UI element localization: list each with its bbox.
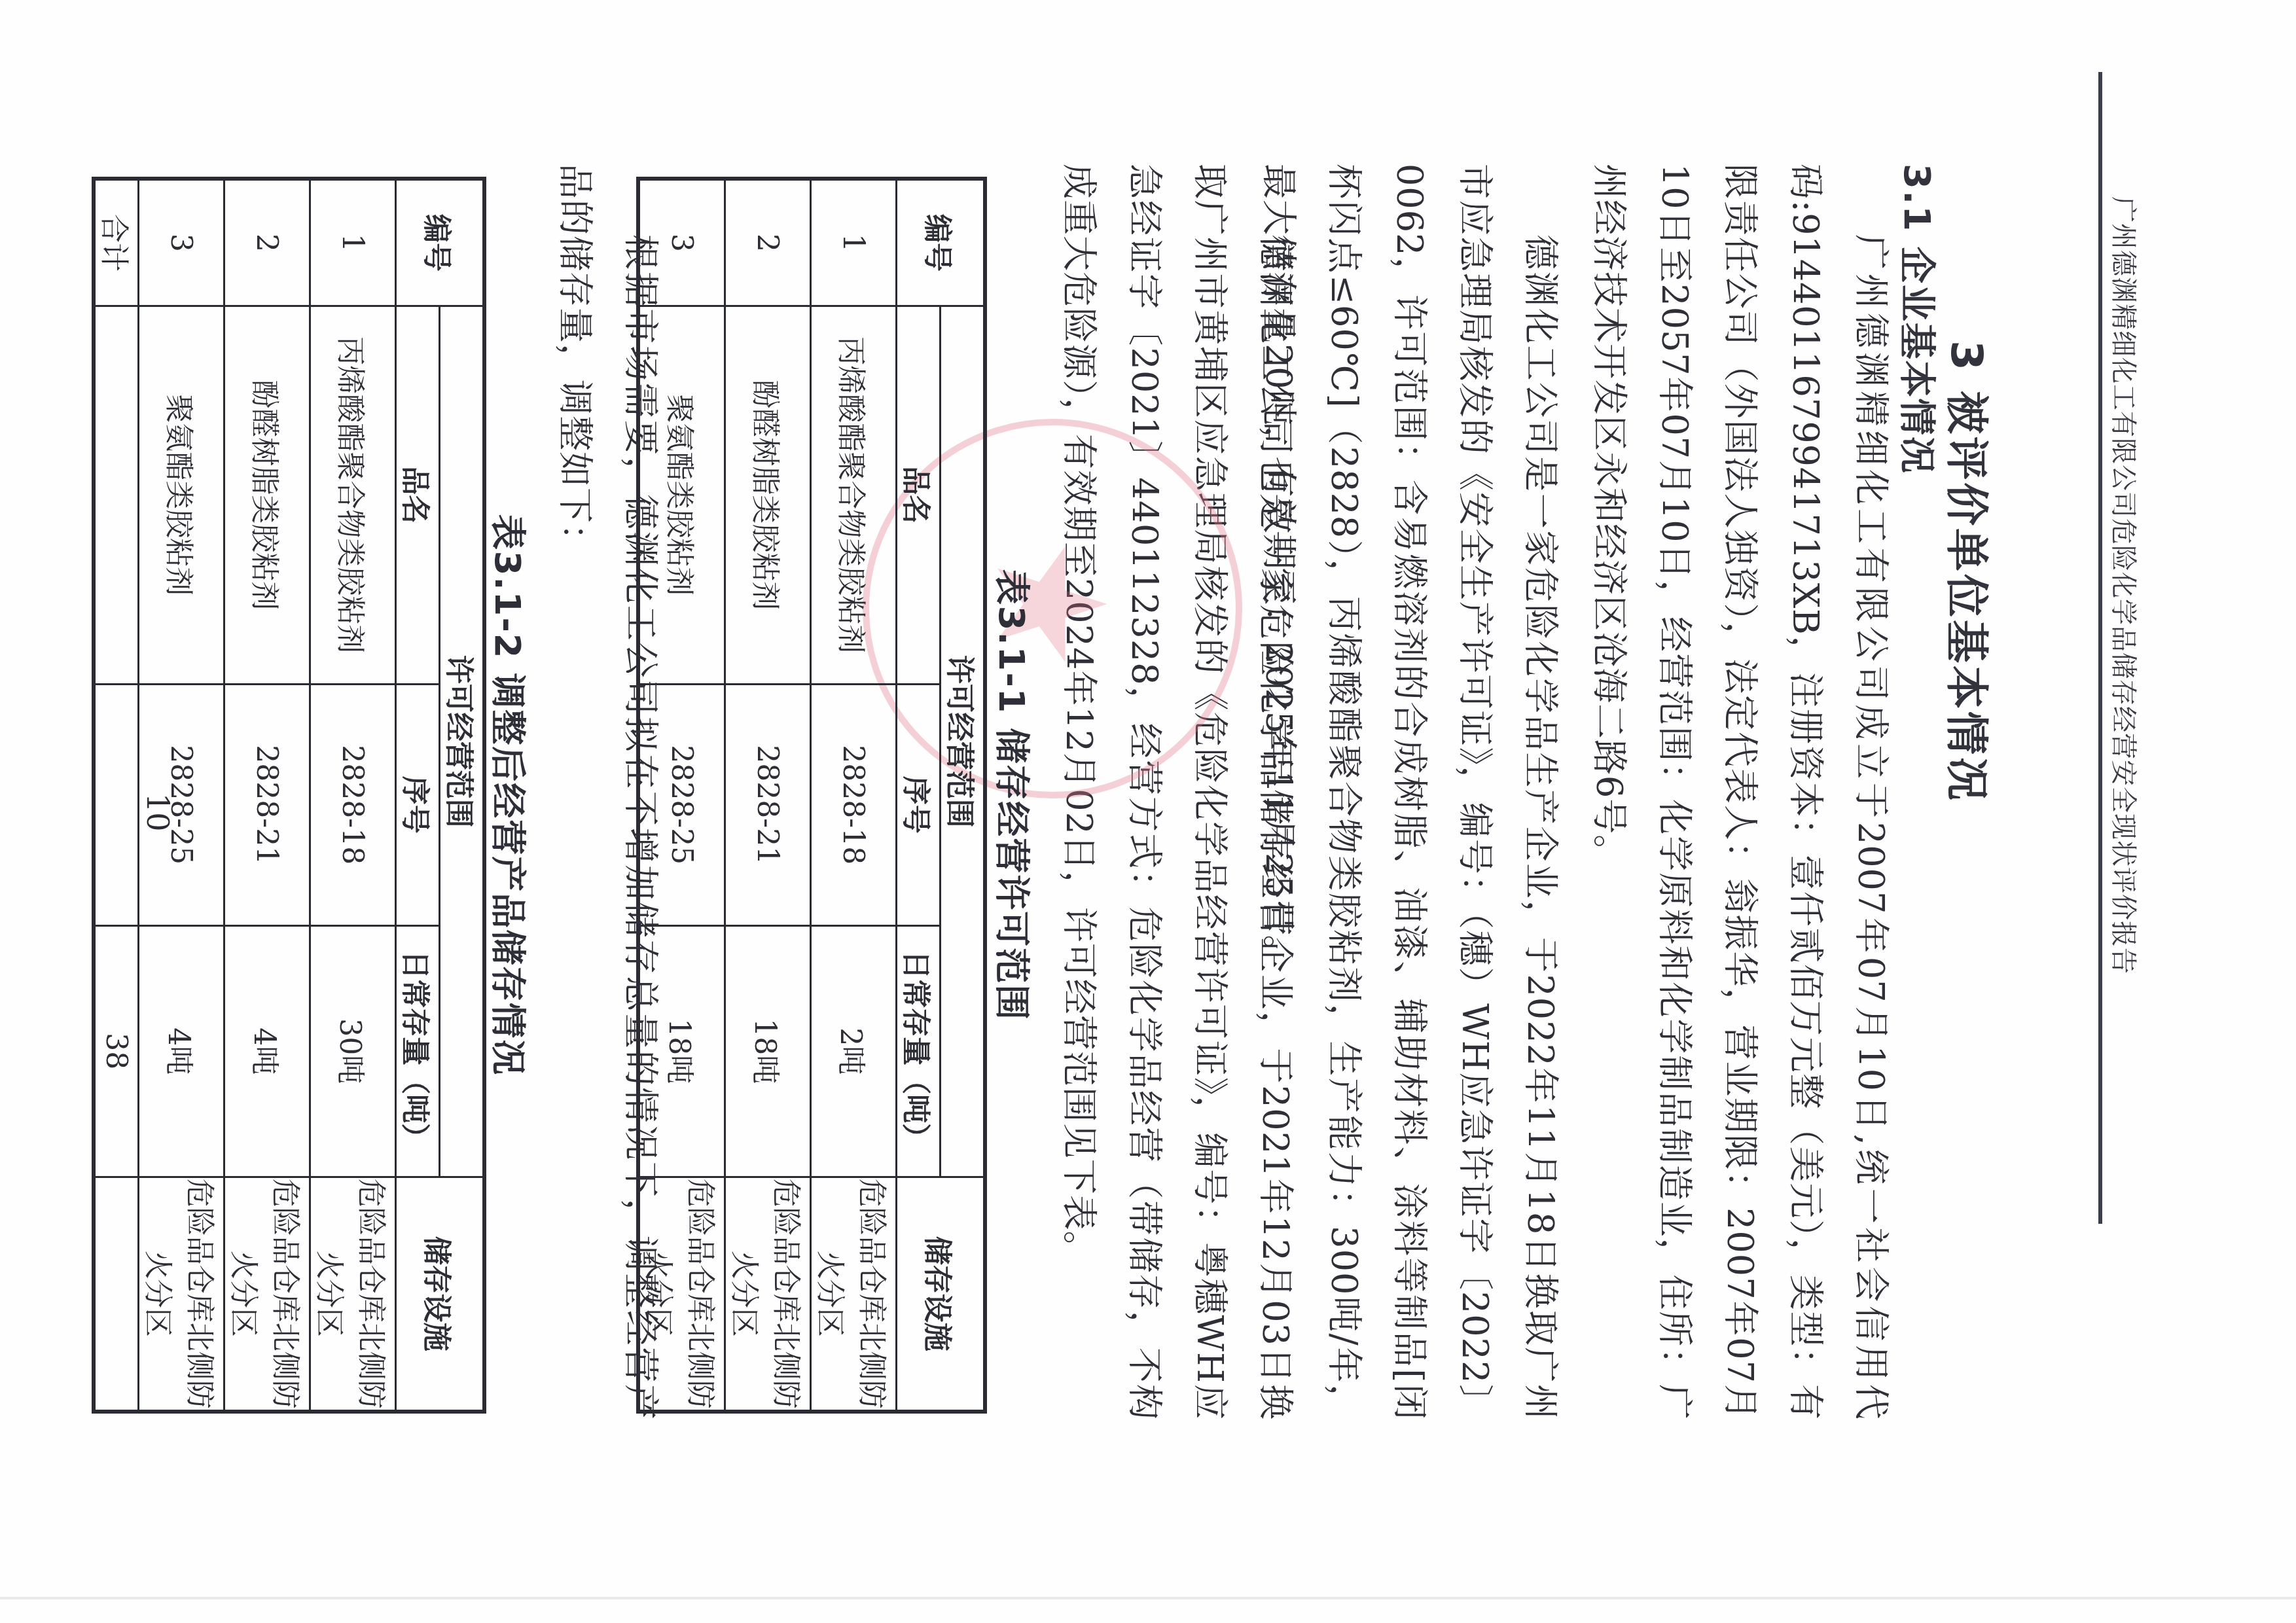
table-row: 1 丙烯酸酯聚合物类胶粘剂 2828-18 2吨 危险品仓库北侧防火分区 — [811, 179, 897, 1412]
cell-name: 酚醛树脂类胶粘剂 — [224, 306, 310, 684]
chapter-title: 3 被评价单位基本情况 — [1939, 340, 2001, 803]
cell-empty — [94, 1177, 139, 1412]
cell-daily-storage: 30吨 — [310, 925, 396, 1177]
cell-daily-storage: 4吨 — [139, 925, 224, 1177]
header-rule — [2098, 72, 2102, 1224]
cell-facility: 危险品仓库北侧防火分区 — [811, 1177, 897, 1412]
cell-name: 聚氨酯类胶粘剂 — [139, 306, 224, 684]
cell-no: 3 — [139, 179, 224, 306]
page-number: 10 — [140, 793, 175, 832]
cell-serial: 2828-18 — [811, 684, 897, 925]
cell-total-storage: 38 — [94, 925, 139, 1177]
table-row: 2 酚醛树脂类胶粘剂 2828-21 4吨 危险品仓库北侧防火分区 — [224, 179, 310, 1412]
table-header-row: 编号 许可经营范围 储存设施 — [941, 179, 986, 1412]
document-page: 广州德渊精细化工有限公司危险化学品储存经营安全现状评价报告 3 被评价单位基本情… — [0, 0, 2296, 1623]
header-scope-group: 许可经营范围 — [941, 306, 986, 1177]
table-header-row: 编号 许可经营范围 储存设施 — [440, 179, 485, 1412]
table-total-row: 合计 38 — [94, 179, 139, 1412]
paragraph-company-profile: 广州德渊精细化工有限公司成立于2007年07月10日,统一社会信用代码:9144… — [1576, 164, 1903, 1420]
header-daily-storage: 日常存量（吨） — [897, 925, 941, 1177]
header-serial: 序号 — [897, 684, 941, 925]
cell-facility: 危险品仓库北侧防火分区 — [139, 1177, 224, 1412]
running-header: 广州德渊精细化工有限公司危险化学品储存经营安全现状评价报告 — [2107, 196, 2144, 1126]
header-serial: 序号 — [396, 684, 440, 925]
cell-facility: 危险品仓库北侧防火分区 — [310, 1177, 396, 1412]
cell-no: 1 — [310, 179, 396, 306]
table-storage-license-scope: 编号 许可经营范围 储存设施 品名 序号 日常存量（吨） 1 丙烯酸酯聚合物类胶… — [636, 177, 987, 1414]
cell-serial: 2828-21 — [224, 684, 310, 925]
header-facility: 储存设施 — [897, 1177, 986, 1412]
header-no: 编号 — [396, 179, 485, 306]
scan-edge — [0, 1597, 2296, 1599]
header-scope-group: 许可经营范围 — [440, 306, 485, 1177]
header-no: 编号 — [897, 179, 986, 306]
cell-serial: 2828-21 — [725, 684, 811, 925]
header-facility: 储存设施 — [396, 1177, 485, 1412]
header-name: 品名 — [897, 306, 941, 684]
cell-total-label: 合计 — [94, 179, 139, 306]
paragraph-business-license: 德渊化工公司也是一家危险化学品储存经营企业，于2021年12月03日换取广州市黄… — [1046, 164, 1308, 1420]
cell-name: 酚醛树脂类胶粘剂 — [725, 306, 811, 684]
cell-daily-storage: 2吨 — [811, 925, 897, 1177]
cell-no: 2 — [224, 179, 310, 306]
table-2-caption: 表3.1-2 调整后经营产品储存情况 — [485, 177, 535, 1414]
cell-no: 2 — [725, 179, 811, 306]
cell-name: 丙烯酸酯聚合物类胶粘剂 — [310, 306, 396, 684]
cell-serial: 2828-18 — [310, 684, 396, 925]
cell-no: 1 — [811, 179, 897, 306]
cell-facility: 危险品仓库北侧防火分区 — [224, 1177, 310, 1412]
table-1-caption: 表3.1-1 储存经营许可范围 — [989, 177, 1039, 1414]
cell-facility: 危险品仓库北侧防火分区 — [725, 1177, 811, 1412]
cell-empty — [94, 306, 139, 684]
cell-name: 丙烯酸酯聚合物类胶粘剂 — [811, 306, 897, 684]
paragraph-adjustment: 根据市场需要，德渊化工公司拟在不增加储存总量的情况下，调整经营产品的储存量，调整… — [542, 164, 673, 1420]
cell-daily-storage: 4吨 — [224, 925, 310, 1177]
table-row: 1 丙烯酸酯聚合物类胶粘剂 2828-18 30吨 危险品仓库北侧防火分区 — [310, 179, 396, 1412]
cell-daily-storage: 18吨 — [725, 925, 811, 1177]
header-name: 品名 — [396, 306, 440, 684]
cell-empty — [94, 684, 139, 925]
table-row: 2 酚醛树脂类胶粘剂 2828-21 18吨 危险品仓库北侧防火分区 — [725, 179, 811, 1412]
header-daily-storage: 日常存量（吨） — [396, 925, 440, 1177]
